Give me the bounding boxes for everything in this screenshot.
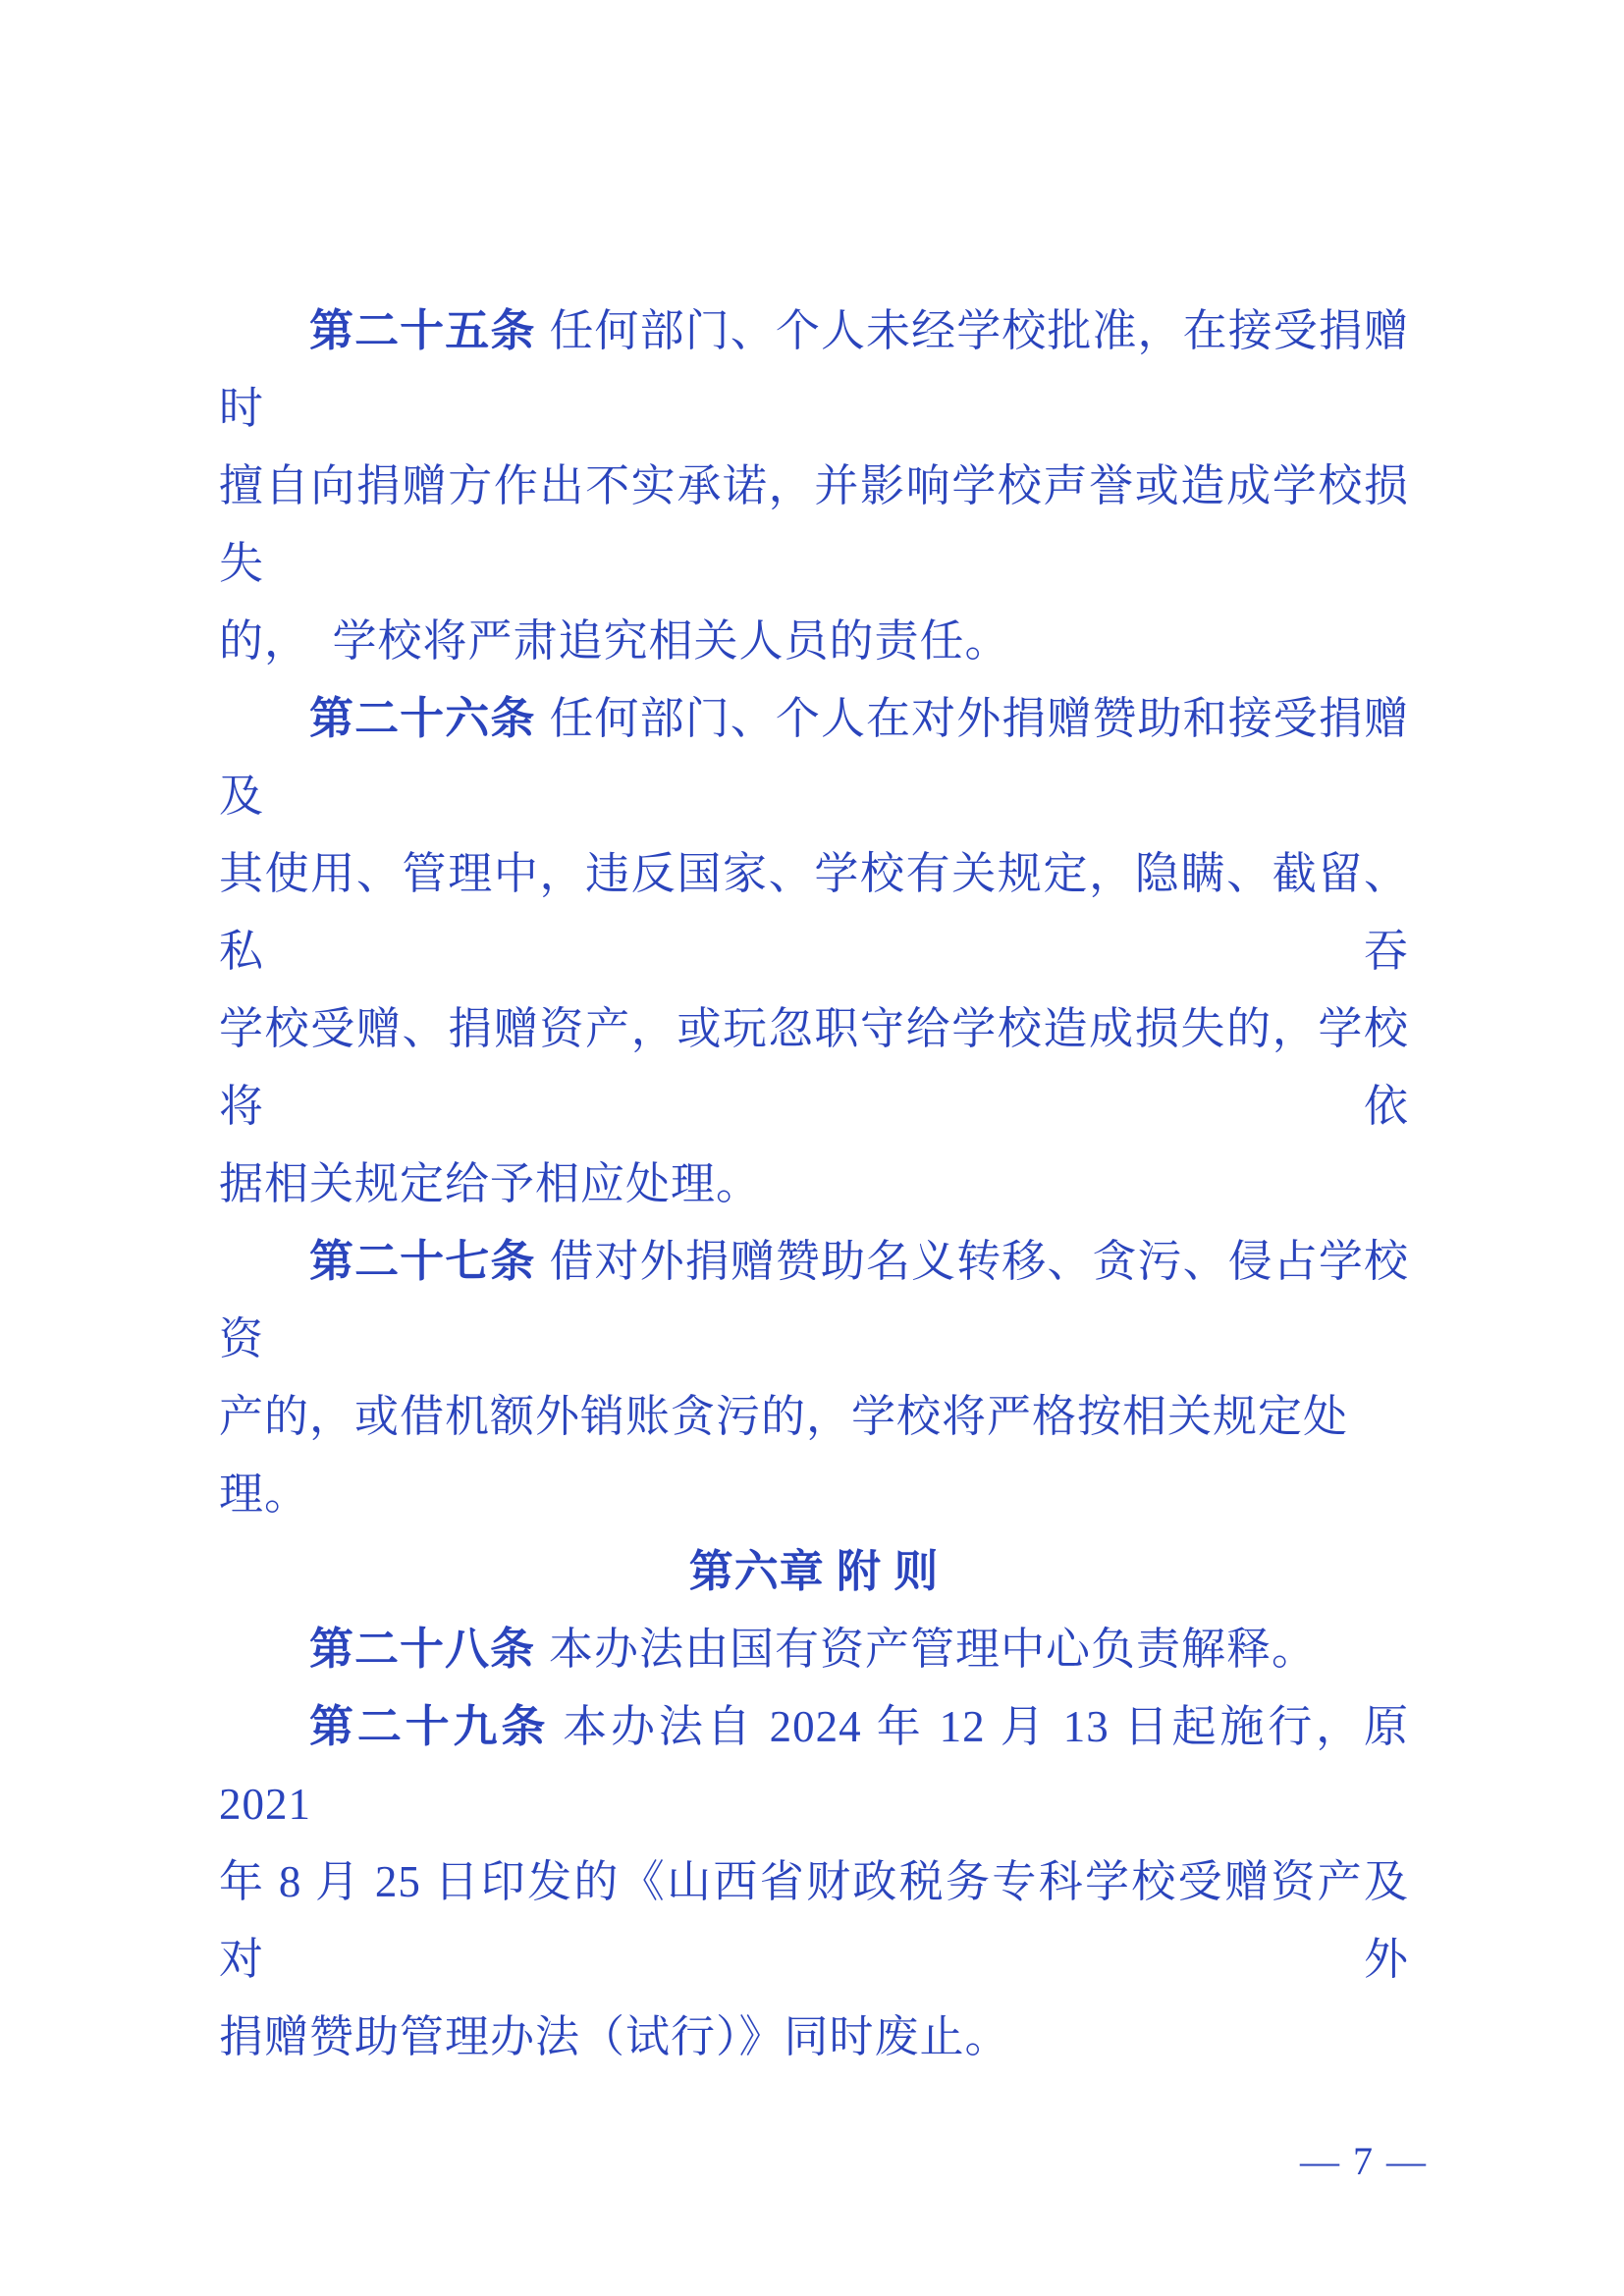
article-number: 第二十九条 <box>309 1702 549 1751</box>
article-number: 第二十七条 <box>309 1237 535 1286</box>
body-line: 捐赠赞助管理办法（试行）》同时废止。 <box>219 1999 1409 2076</box>
body-line: 年 8 月 25 日印发的《山西省财政税务专科学校受赠资产及对外 <box>219 1843 1409 1999</box>
document-body: 第二十五条任何部门、个人未经学校批准，在接受捐赠时 擅自向捐赠方作出不实承诺，并… <box>219 293 1409 2076</box>
body-line: 第二十九条本办法自 2024 年 12 月 13 日起施行，原 2021 <box>219 1688 1409 1843</box>
article-number: 第二十五条 <box>309 306 535 355</box>
article-number: 第二十六条 <box>309 694 535 743</box>
document-page: 第二十五条任何部门、个人未经学校批准，在接受捐赠时 擅自向捐赠方作出不实承诺，并… <box>0 0 1624 2296</box>
body-line: 其使用、管理中，违反国家、学校有关规定，隐瞒、截留、私吞 <box>219 835 1409 990</box>
body-text: 其使用、管理中，违反国家、学校有关规定，隐瞒、截留、私吞 <box>219 849 1409 976</box>
body-line: 据相关规定给予相应处理。 <box>219 1146 1409 1223</box>
chapter-heading-text: 第六章 附 则 <box>689 1547 940 1596</box>
body-text: 捐赠赞助管理办法（试行）》同时废止。 <box>219 2012 1010 2061</box>
body-line: 第二十七条借对外捐赠赞助名义转移、贪污、侵占学校资 <box>219 1223 1409 1378</box>
body-text: 擅自向捐赠方作出不实承诺，并影响学校声誉或造成学校损失 <box>219 461 1409 588</box>
chapter-heading: 第六章 附 则 <box>219 1533 1409 1611</box>
body-text: 本办法由国有资产管理中心负责解释。 <box>549 1625 1317 1674</box>
body-line: 学校受赠、捐赠资产，或玩忽职守给学校造成损失的，学校将依 <box>219 990 1409 1146</box>
page-number: — 7 — <box>1300 2138 1428 2184</box>
body-text: 年 8 月 25 日印发的《山西省财政税务专科学校受赠资产及对外 <box>219 1857 1409 1984</box>
body-text: 学校受赠、捐赠资产，或玩忽职守给学校造成损失的，学校将依 <box>219 1004 1409 1131</box>
body-text: 产的，或借机额外销账贪污的，学校将严格按相关规定处理。 <box>219 1392 1348 1519</box>
body-line: 擅自向捐赠方作出不实承诺，并影响学校声誉或造成学校损失 <box>219 448 1409 603</box>
body-line: 产的，或借机额外销账贪污的，学校将严格按相关规定处理。 <box>219 1378 1409 1533</box>
body-text: 据相关规定给予相应处理。 <box>219 1159 761 1208</box>
body-text: 的， 学校将严肃追究相关人员的责任。 <box>219 616 1010 666</box>
article-number: 第二十八条 <box>309 1625 535 1674</box>
body-line: 的， 学校将严肃追究相关人员的责任。 <box>219 603 1409 680</box>
body-line: 第二十八条本办法由国有资产管理中心负责解释。 <box>219 1611 1409 1688</box>
body-line: 第二十六条任何部门、个人在对外捐赠赞助和接受捐赠及 <box>219 680 1409 835</box>
body-line: 第二十五条任何部门、个人未经学校批准，在接受捐赠时 <box>219 293 1409 448</box>
